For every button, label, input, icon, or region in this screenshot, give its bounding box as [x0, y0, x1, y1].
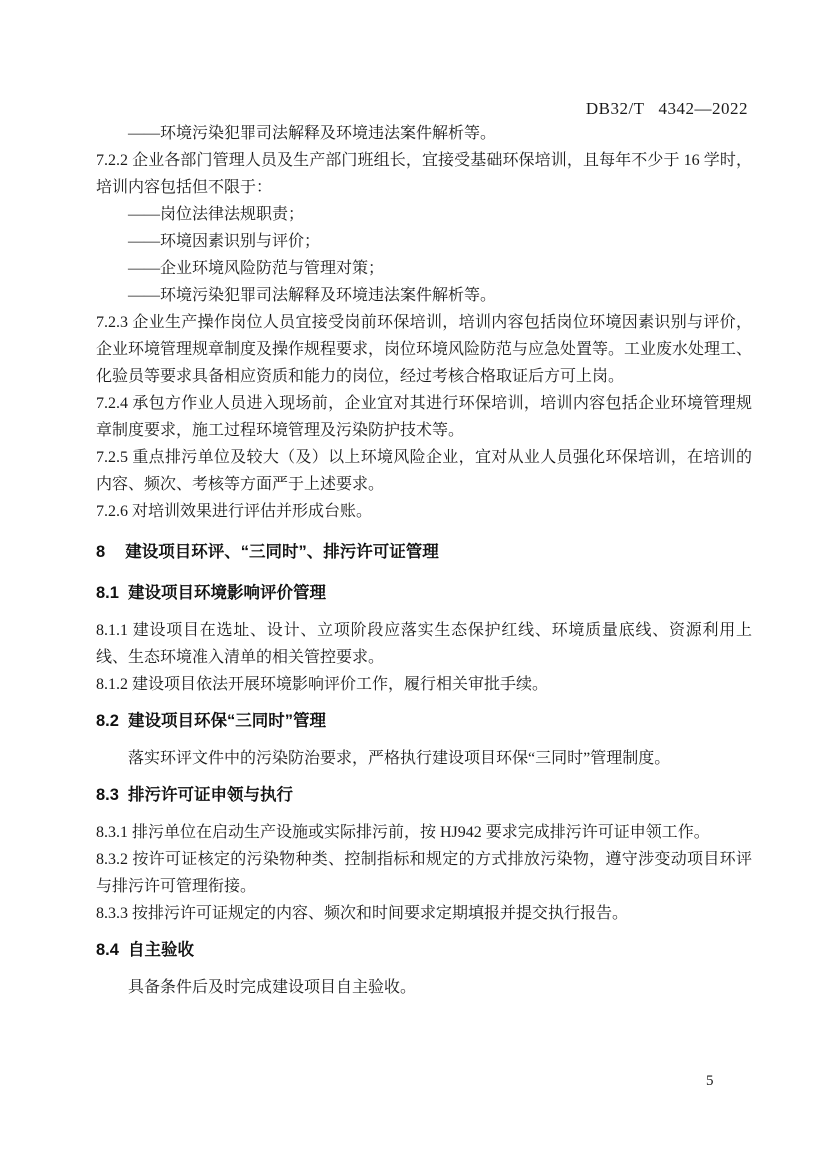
dash-list-item: ——环境污染犯罪司法解释及环境违法案件解析等。 [96, 120, 752, 147]
dash-list-item: ——企业环境风险防范与管理对策； [96, 255, 752, 282]
clause-paragraph-7-2-4: 7.2.4 承包方作业人员进入现场前，企业宜对其进行环保培训，培训内容包括企业环… [96, 390, 752, 444]
section-title: 建设项目环评、“三同时”、排污许可证管理 [125, 539, 439, 566]
dash-list-item: ——岗位法律法规职责； [96, 201, 752, 228]
document-page: DB32/T 4342—2022 ——环境污染犯罪司法解释及环境违法案件解析等。… [0, 0, 826, 1169]
subsection-heading-8-3: 8.3 排污许可证申领与执行 [96, 782, 752, 809]
section-number: 8 [96, 539, 105, 566]
section-heading-8: 8 建设项目环评、“三同时”、排污许可证管理 [96, 539, 752, 566]
body-paragraph: 具备条件后及时完成建设项目自主验收。 [96, 974, 752, 1001]
clause-paragraph-8-3-1: 8.3.1 排污单位在启动生产设施或实际排污前，按 HJ942 要求完成排污许可… [96, 819, 752, 846]
subsection-number: 8.2 [96, 708, 119, 735]
subsection-heading-8-1: 8.1 建设项目环境影响评价管理 [96, 580, 752, 607]
subsection-heading-8-2: 8.2 建设项目环保“三同时”管理 [96, 708, 752, 735]
clause-paragraph-8-3-2: 8.3.2 按许可证核定的污染物种类、控制指标和规定的方式排放污染物，遵守涉变动… [96, 846, 752, 900]
body-paragraph: 落实环评文件中的污染防治要求，严格执行建设项目环保“三同时”管理制度。 [96, 745, 752, 772]
document-body: ——环境污染犯罪司法解释及环境违法案件解析等。 7.2.2 企业各部门管理人员及… [96, 120, 752, 1001]
subsection-title: 建设项目环保“三同时”管理 [128, 708, 326, 735]
clause-paragraph-7-2-2: 7.2.2 企业各部门管理人员及生产部门班组长，宜接受基础环保培训，且每年不少于… [96, 147, 752, 201]
clause-paragraph-7-2-5: 7.2.5 重点排污单位及较大（及）以上环境风险企业，宜对从业人员强化环保培训，… [96, 444, 752, 498]
subsection-title: 自主验收 [128, 937, 194, 964]
clause-paragraph-8-1-2: 8.1.2 建设项目依法开展环境影响评价工作，履行相关审批手续。 [96, 671, 752, 698]
subsection-number: 8.3 [96, 782, 119, 809]
subsection-number: 8.4 [96, 937, 119, 964]
subsection-heading-8-4: 8.4 自主验收 [96, 937, 752, 964]
subsection-title: 建设项目环境影响评价管理 [128, 580, 326, 607]
document-number-header: DB32/T 4342—2022 [586, 99, 748, 119]
dash-list-item: ——环境因素识别与评价； [96, 228, 752, 255]
subsection-title: 排污许可证申领与执行 [128, 782, 293, 809]
clause-paragraph-7-2-3: 7.2.3 企业生产操作岗位人员宜接受岗前环保培训，培训内容包括岗位环境因素识别… [96, 309, 752, 390]
subsection-number: 8.1 [96, 580, 119, 607]
clause-paragraph-8-3-3: 8.3.3 按排污许可证规定的内容、频次和时间要求定期填报并提交执行报告。 [96, 900, 752, 927]
page-number: 5 [706, 1073, 714, 1090]
dash-list-item: ——环境污染犯罪司法解释及环境违法案件解析等。 [96, 282, 752, 309]
clause-paragraph-7-2-6: 7.2.6 对培训效果进行评估并形成台账。 [96, 498, 752, 525]
clause-paragraph-8-1-1: 8.1.1 建设项目在选址、设计、立项阶段应落实生态保护红线、环境质量底线、资源… [96, 617, 752, 671]
